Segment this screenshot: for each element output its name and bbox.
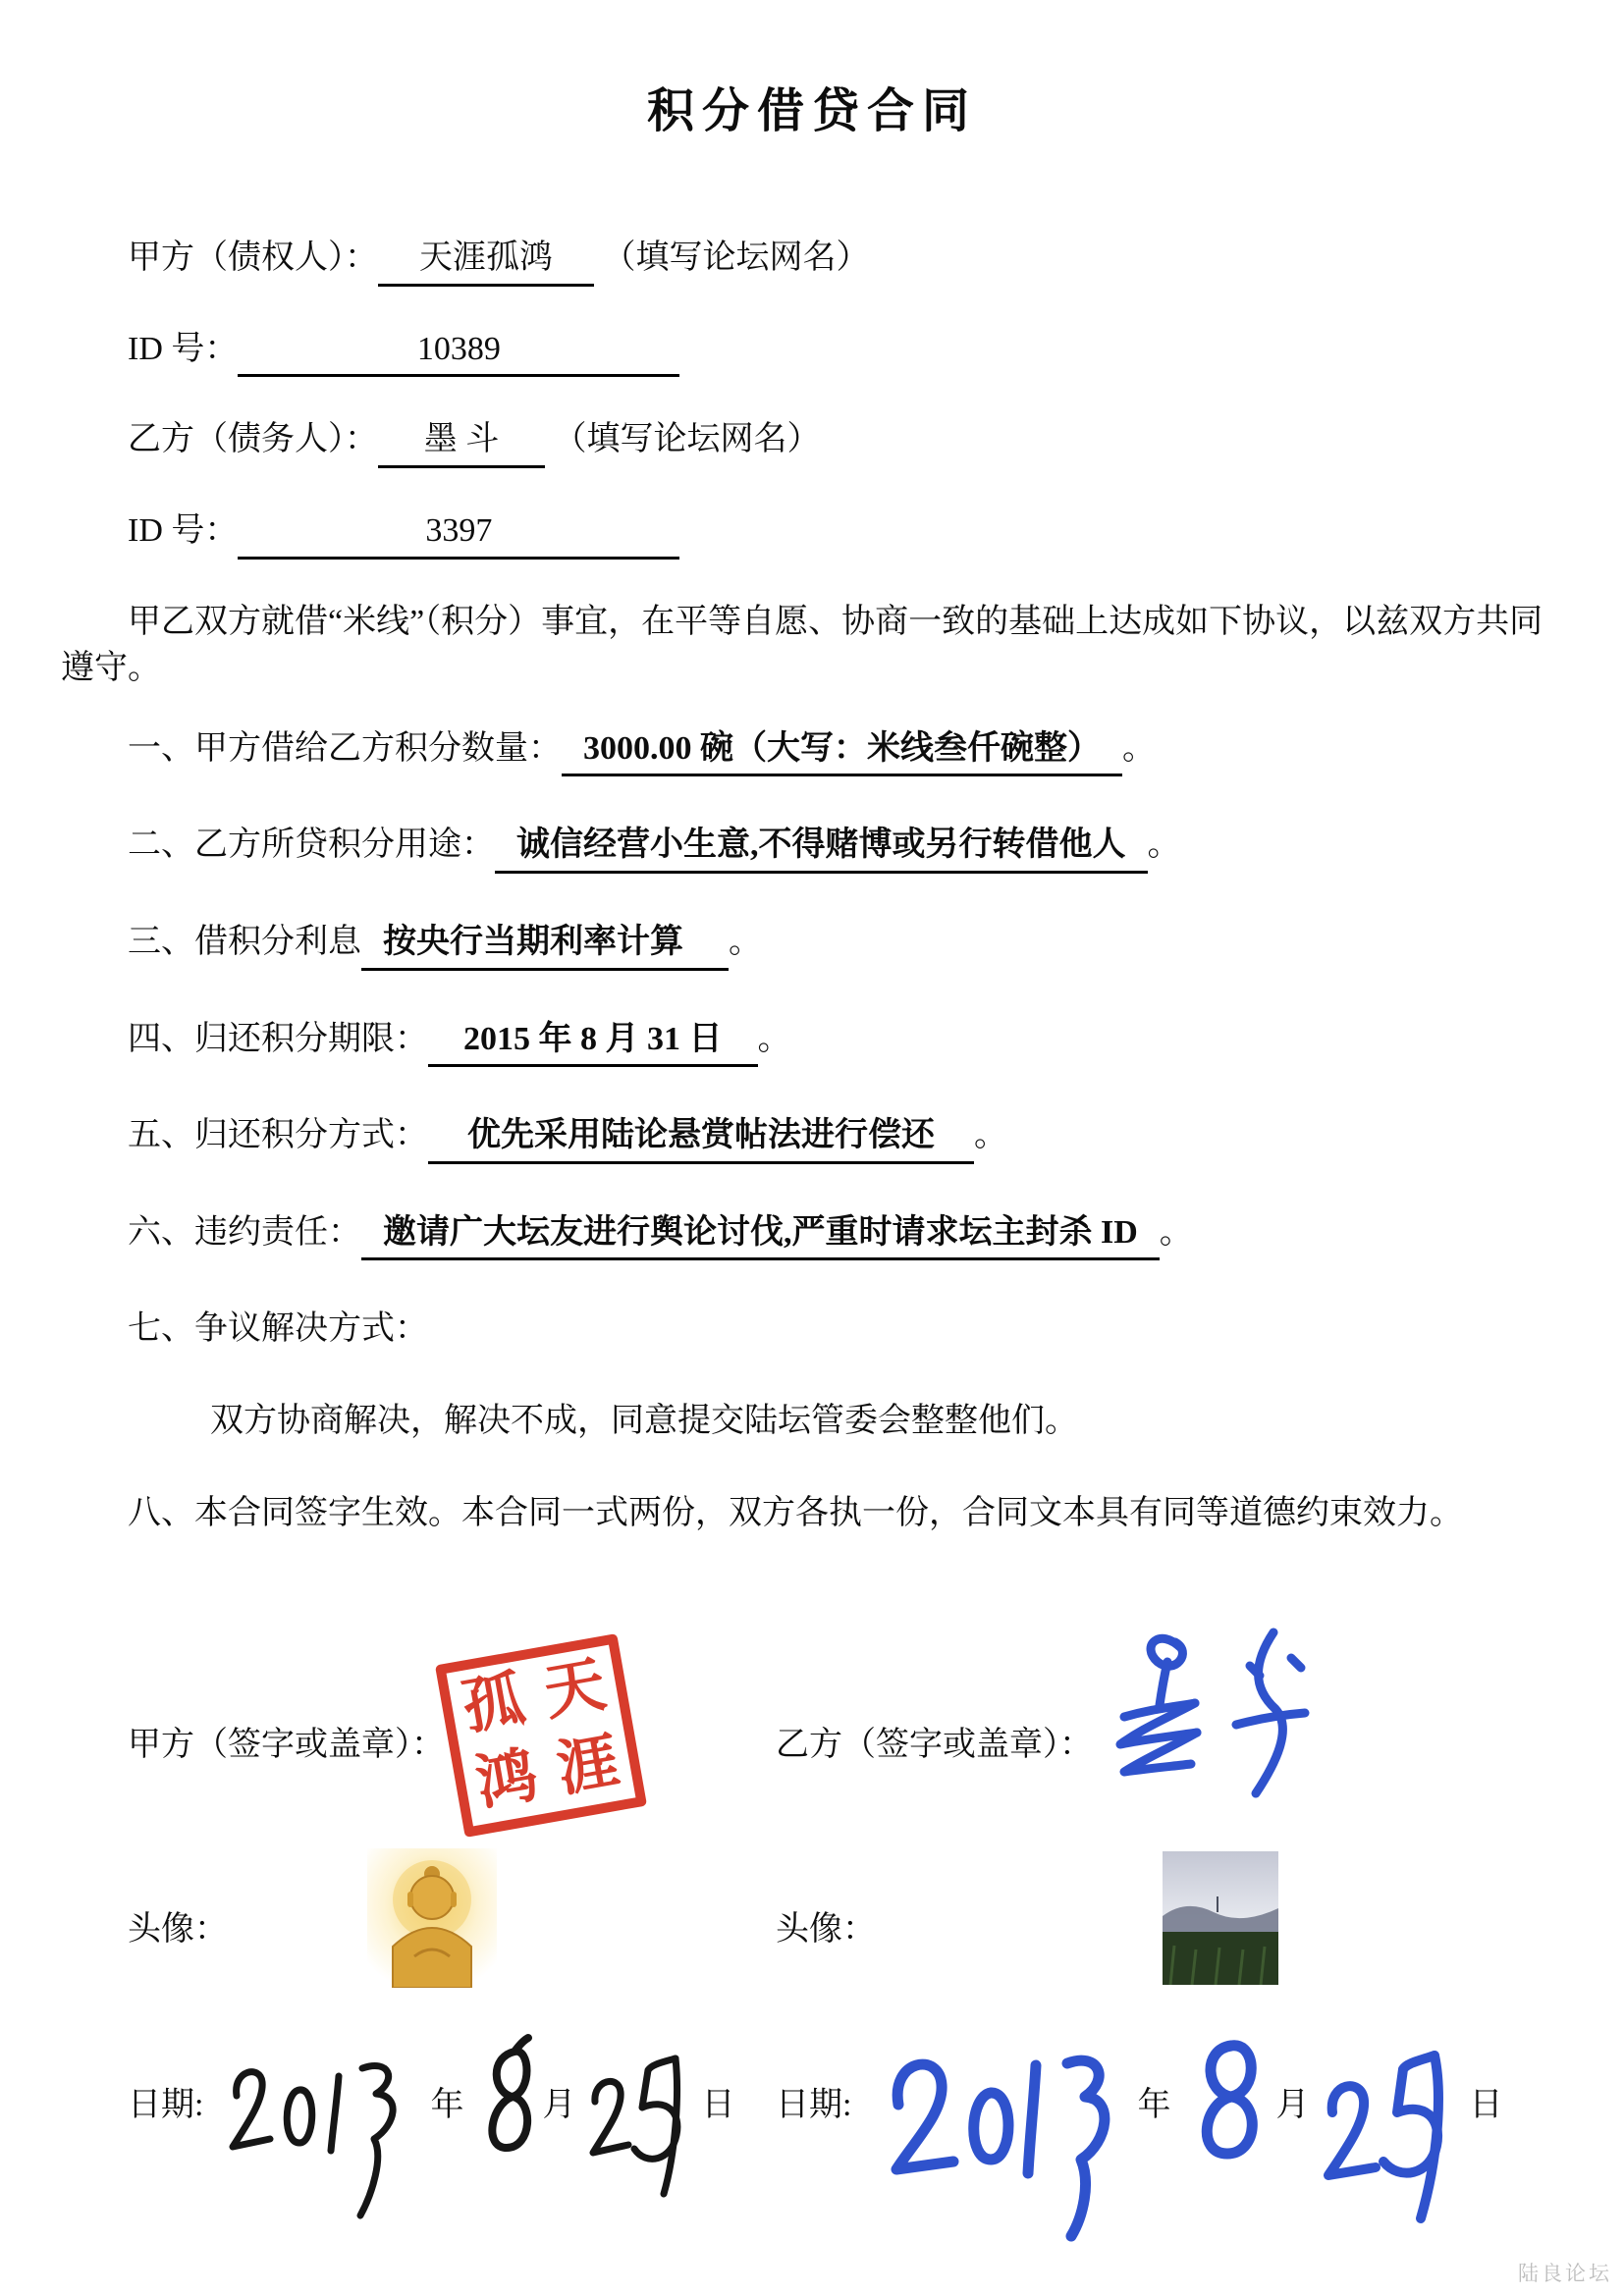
party-b-date-cell: 日期: 年 月: [776, 2073, 1563, 2138]
seal-char-bottom-right: 涯: [553, 1730, 623, 1803]
id-label-a: ID 号：: [128, 331, 238, 367]
party-a-name: 天涯孤鸿: [378, 235, 594, 287]
party-b-line: 乙方（债务人）：墨 斗 （填写论坛网名）: [128, 416, 1563, 468]
clause-3-label: 三、借积分利息: [128, 924, 361, 960]
forum-name-note-b: （填写论坛网名）: [554, 421, 821, 457]
clause-6-period: 。: [1160, 1214, 1193, 1251]
clause-7: 七、争议解决方式：: [128, 1306, 1563, 1353]
clause-4-period: 。: [758, 1021, 791, 1057]
month-unit-a: 月: [542, 2082, 575, 2129]
party-a-sign-cell: 甲方（签字或盖章）： 孤 天 鸿 涯: [128, 1658, 776, 1833]
id-label-b: ID 号：: [128, 512, 238, 549]
party-b-id-value: 3397: [238, 507, 679, 560]
party-a-avatar-cell: 头像：: [128, 1860, 776, 2000]
party-a-avatar-image: [367, 1848, 497, 1988]
party-b-sign-cell: 乙方（签字或盖章）：: [776, 1652, 1563, 1839]
day-unit-a: 日: [701, 2082, 734, 2129]
avatar-label-a: 头像：: [128, 1906, 228, 1953]
clause-1: 一、甲方借给乙方积分数量：3000.00 碗（大写：米线叁仟碗整）。: [128, 725, 1563, 777]
clause-3: 三、借积分利息按央行当期利率计算。: [128, 919, 1563, 971]
party-b-sign-label: 乙方（签字或盖章）：: [776, 1722, 1093, 1769]
party-a-handwritten-day: [581, 2037, 699, 2204]
party-a-handwritten-year: [217, 2019, 428, 2220]
party-a-id-line: ID 号：10389: [128, 326, 1563, 378]
clause-3-value: 按央行当期利率计算: [361, 919, 729, 971]
party-b-handwritten-year: [875, 2002, 1135, 2238]
avatar-row: 头像：: [128, 1848, 1563, 2010]
seal-char-bottom-left: 鸿: [471, 1744, 542, 1818]
party-b-handwritten-month: [1180, 2022, 1273, 2199]
clause-8: 八、本合同签字生效。本合同一式两份，双方各执一份，合同文本具有同等道德约束效力。: [61, 1490, 1563, 1537]
contract-document: 积分借贷合同 甲方（债权人）：天涯孤鸿 （填写论坛网名） ID 号：10389 …: [0, 0, 1624, 2186]
signature-section: 甲方（签字或盖章）： 孤 天 鸿 涯 乙方（签字或盖章）：: [61, 1652, 1563, 2186]
party-b-handwritten-day: [1315, 2030, 1467, 2226]
party-b-avatar-image: [1163, 1851, 1278, 1985]
clause-2: 二、乙方所贷积分用途：诚信经营小生意,不得赌博或另行转借他人。: [128, 822, 1563, 874]
clause-4-value: 2015 年 8 月 31 日: [428, 1016, 758, 1068]
month-unit-b: 月: [1275, 2082, 1309, 2129]
clause-2-value: 诚信经营小生意,不得赌博或另行转借他人: [495, 822, 1148, 874]
sign-row: 甲方（签字或盖章）： 孤 天 鸿 涯 乙方（签字或盖章）：: [128, 1652, 1563, 1839]
date-row: 日期: 年 月: [128, 2024, 1563, 2186]
preamble-paragraph: 甲乙双方就借“米线”（积分）事宜，在平等自愿、协商一致的基础上达成如下协议，以兹…: [61, 599, 1563, 692]
year-unit-b: 年: [1137, 2082, 1170, 2129]
party-a-handwritten-month: [471, 2030, 540, 2192]
clause-2-label: 二、乙方所贷积分用途：: [128, 827, 495, 863]
party-a-line: 甲方（债权人）：天涯孤鸿 （填写论坛网名）: [128, 235, 1563, 287]
party-b-id-line: ID 号：3397: [128, 507, 1563, 560]
date-label-a: 日期:: [128, 2082, 203, 2129]
clause-1-value: 3000.00 碗（大写：米线叁仟碗整）: [562, 725, 1122, 777]
clause-5-label: 五、归还积分方式：: [128, 1117, 428, 1153]
party-a-date-cell: 日期: 年 月: [128, 2076, 776, 2135]
party-b-avatar-cell: 头像：: [776, 1863, 1563, 1997]
party-a-label: 甲方（债权人）：: [128, 240, 378, 276]
party-a-seal-stamp: 孤 天 鸿 涯: [435, 1633, 647, 1838]
seal-char-top-left: 孤: [459, 1668, 529, 1741]
year-unit-a: 年: [430, 2082, 463, 2129]
contract-title: 积分借贷合同: [61, 79, 1563, 144]
avatar-label-b: 头像：: [776, 1906, 876, 1953]
contract-page: 积分借贷合同 甲方（债权人）：天涯孤鸿 （填写论坛网名） ID 号：10389 …: [0, 0, 1624, 2296]
clause-4-label: 四、归还积分期限：: [128, 1021, 428, 1057]
clause-6-value: 邀请广大坛友进行舆论讨伐,严重时请求坛主封杀 ID: [361, 1209, 1160, 1261]
party-b-name: 墨 斗: [378, 416, 545, 468]
clause-1-period: 。: [1122, 730, 1156, 767]
clause-5: 五、归还积分方式：优先采用陆论悬赏帖法进行偿还。: [128, 1112, 1563, 1164]
clause-5-value: 优先采用陆论悬赏帖法进行偿还: [428, 1112, 974, 1164]
party-a-id-value: 10389: [238, 326, 679, 378]
clause-7-body: 双方协商解决，解决不成，同意提交陆坛管委会整整他们。: [210, 1398, 1563, 1445]
party-b-label: 乙方（债务人）：: [128, 421, 378, 457]
clause-3-period: 。: [729, 924, 762, 960]
day-unit-b: 日: [1469, 2082, 1502, 2129]
forum-name-note-a: （填写论坛网名）: [603, 240, 870, 276]
forum-watermark: 陆良论坛: [1518, 2260, 1612, 2288]
clause-6: 六、违约责任：邀请广大坛友进行舆论讨伐,严重时请求坛主封杀 ID。: [128, 1209, 1563, 1261]
party-b-handwritten-signature: [1099, 1619, 1334, 1805]
clause-7-label: 七、争议解决方式：: [128, 1310, 428, 1347]
clause-6-label: 六、违约责任：: [128, 1214, 361, 1251]
clause-4: 四、归还积分期限：2015 年 8 月 31 日。: [128, 1016, 1563, 1068]
date-label-b: 日期:: [776, 2082, 851, 2129]
party-a-sign-label: 甲方（签字或盖章）：: [128, 1722, 445, 1769]
seal-char-top-right: 天: [539, 1653, 610, 1727]
clause-2-period: 。: [1148, 827, 1181, 863]
clause-5-period: 。: [974, 1117, 1007, 1153]
clause-1-label: 一、甲方借给乙方积分数量：: [128, 730, 562, 767]
